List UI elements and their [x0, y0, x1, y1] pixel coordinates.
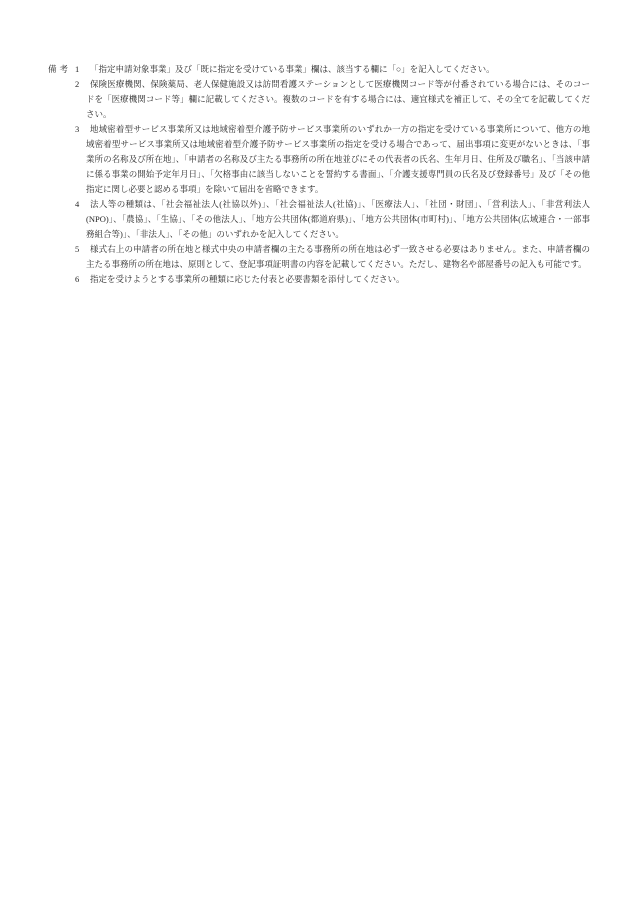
remark-item: 5 様式右上の申請者の所在地と様式中央の申請者欄の主たる事務所の所在地は必ず一致…: [75, 242, 590, 272]
remarks-items: 1 「指定申請対象事業」及び「既に指定を受けている事業」欄は、該当する欄に「○」…: [75, 62, 590, 287]
remark-item: 2 保険医療機関、保険薬局、老人保健施設又は訪問看護ステーションとして医療機関コ…: [75, 77, 590, 122]
remark-item-text: 指定を受けようとする事業所の種類に応じた付表と必要書類を添付してください。: [86, 272, 590, 287]
remark-item-number: 3: [75, 122, 86, 137]
remark-item-number: 5: [75, 242, 86, 257]
document-page: 備考 1 「指定申請対象事業」及び「既に指定を受けている事業」欄は、該当する欄に…: [0, 0, 630, 902]
remarks-section: 備考 1 「指定申請対象事業」及び「既に指定を受けている事業」欄は、該当する欄に…: [48, 62, 590, 287]
remarks-label: 備考: [48, 62, 71, 77]
remark-item: 4 法人等の種類は、「社会福祉法人(社協以外)」、「社会福祉法人(社協)」、「医…: [75, 197, 590, 242]
remark-item-text: 「指定申請対象事業」及び「既に指定を受けている事業」欄は、該当する欄に「○」を記…: [86, 62, 590, 77]
remark-item: 6 指定を受けようとする事業所の種類に応じた付表と必要書類を添付してください。: [75, 272, 590, 287]
remark-item-text: 様式右上の申請者の所在地と様式中央の申請者欄の主たる事務所の所在地は必ず一致させ…: [86, 242, 590, 272]
remark-item-text: 保険医療機関、保険薬局、老人保健施設又は訪問看護ステーションとして医療機関コード…: [86, 77, 590, 122]
remark-item-number: 1: [75, 62, 86, 77]
remark-item-number: 4: [75, 197, 86, 212]
remark-item-text: 法人等の種類は、「社会福祉法人(社協以外)」、「社会福祉法人(社協)」、「医療法…: [86, 197, 590, 242]
remark-item-number: 6: [75, 272, 86, 287]
remark-item: 3 地域密着型サービス事業所又は地域密着型介護予防サービス事業所のいずれか一方の…: [75, 122, 590, 197]
remark-item-text: 地域密着型サービス事業所又は地域密着型介護予防サービス事業所のいずれか一方の指定…: [86, 122, 590, 197]
remark-item-number: 2: [75, 77, 86, 92]
remark-item: 1 「指定申請対象事業」及び「既に指定を受けている事業」欄は、該当する欄に「○」…: [75, 62, 590, 77]
